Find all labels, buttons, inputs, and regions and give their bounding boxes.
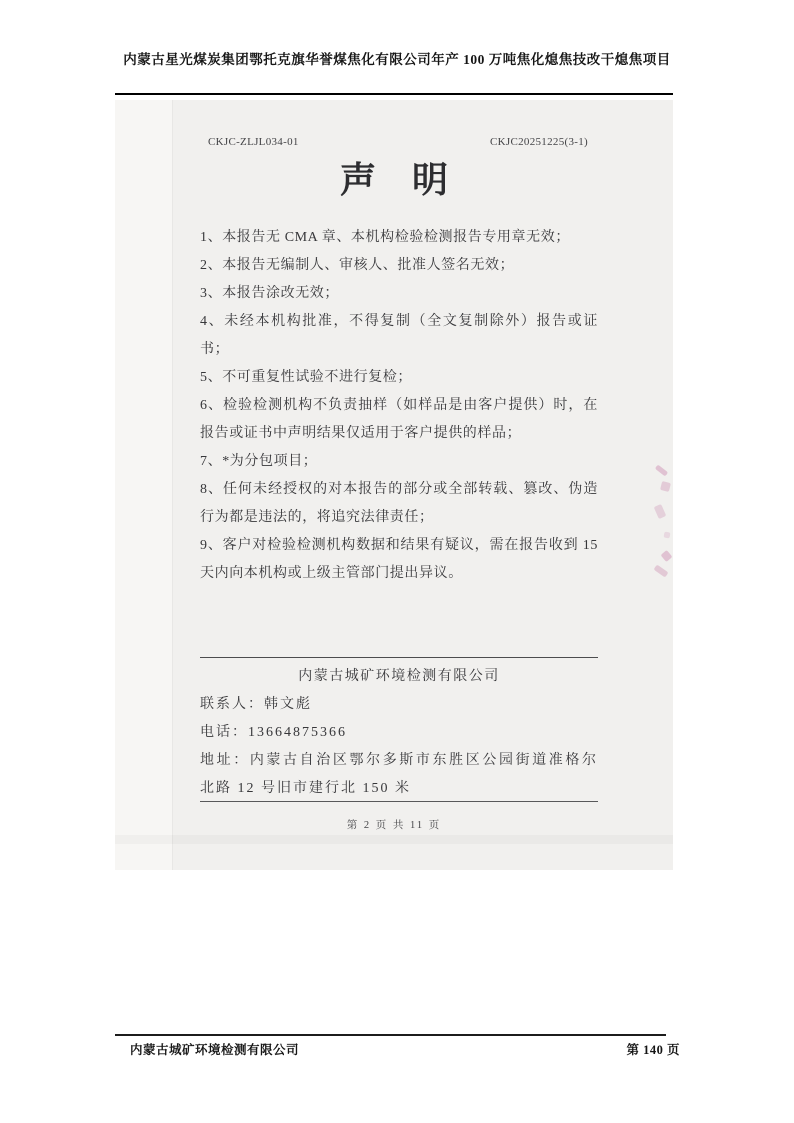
- declaration-item: 5、不可重复性试验不进行复检；: [200, 364, 598, 392]
- declaration-item: 1、本报告无 CMA 章、本机构检验检测报告专用章无效；: [200, 224, 598, 252]
- stamp-fragment-icon: [660, 481, 671, 492]
- page-header-project-title: 内蒙古星光煤炭集团鄂托克旗华誉煤焦化有限公司年产 100 万吨焦化熄焦技改干熄焦…: [0, 48, 794, 68]
- footer-page-number: 第 140 页: [626, 1040, 680, 1058]
- declaration-item: 9、客户对检验检测机构数据和结果有疑议，需在报告收到 15 天内向本机构或上级主…: [200, 532, 598, 588]
- stamp-fragment-icon: [661, 550, 673, 562]
- declaration-title: 声 明: [115, 152, 673, 203]
- page-footer: 内蒙古城矿环境检测有限公司 第 140 页: [130, 1040, 680, 1058]
- issuer-company-name: 内蒙古城矿环境检测有限公司: [200, 657, 598, 685]
- stamp-fragment-icon: [654, 504, 667, 519]
- document-code-right: CKJC20251225(3-1): [490, 136, 588, 148]
- issuer-phone: 电话：13664875366: [200, 719, 598, 747]
- report-page: 内蒙古星光煤炭集团鄂托克旗华誉煤焦化有限公司年产 100 万吨焦化熄焦技改干熄焦…: [0, 0, 794, 1123]
- scanned-declaration-page: CKJC-ZLJL034-01 CKJC20251225(3-1) 声 明 1、…: [115, 100, 673, 870]
- scan-page-edge: [115, 100, 173, 870]
- issuer-address: 地址：内蒙古自治区鄂尔多斯市东胜区公园街道准格尔北路 12 号旧市建行北 150…: [200, 747, 598, 803]
- declaration-item: 3、本报告涂改无效；: [200, 280, 598, 308]
- declaration-item: 4、未经本机构批准，不得复制（全文复制除外）报告或证书；: [200, 308, 598, 364]
- issuer-contact-person: 联系人：韩文彪: [200, 691, 598, 719]
- footer-rule: [115, 1034, 666, 1036]
- declaration-item: 2、本报告无编制人、审核人、批准人签名无效；: [200, 252, 598, 280]
- header-rule: [115, 93, 673, 95]
- document-code-left: CKJC-ZLJL034-01: [208, 136, 299, 148]
- stamp-fragment-icon: [654, 565, 669, 578]
- declaration-item: 8、任何未经授权的对本报告的部分或全部转载、篡改、伪造行为都是违法的，将追究法律…: [200, 476, 598, 532]
- declaration-items: 1、本报告无 CMA 章、本机构检验检测报告专用章无效； 2、本报告无编制人、审…: [200, 224, 598, 588]
- declaration-item: 7、*为分包项目；: [200, 448, 598, 476]
- declaration-item: 6、检验检测机构不负责抽样（如样品是由客户提供）时，在报告或证书中声明结果仅适用…: [200, 392, 598, 448]
- issuer-contact-block: 联系人：韩文彪 电话：13664875366 地址：内蒙古自治区鄂尔多斯市东胜区…: [200, 691, 598, 803]
- stamp-fragment-icon: [655, 465, 668, 477]
- address-underline-rule: [200, 801, 598, 802]
- scan-page-number: 第 2 页 共 11 页: [115, 817, 673, 832]
- stamp-fragment-icon: [664, 532, 671, 539]
- document-codes-row: CKJC-ZLJL034-01 CKJC20251225(3-1): [208, 136, 588, 148]
- footer-company-name: 内蒙古城矿环境检测有限公司: [130, 1040, 299, 1058]
- scan-shadow-band: [115, 835, 673, 844]
